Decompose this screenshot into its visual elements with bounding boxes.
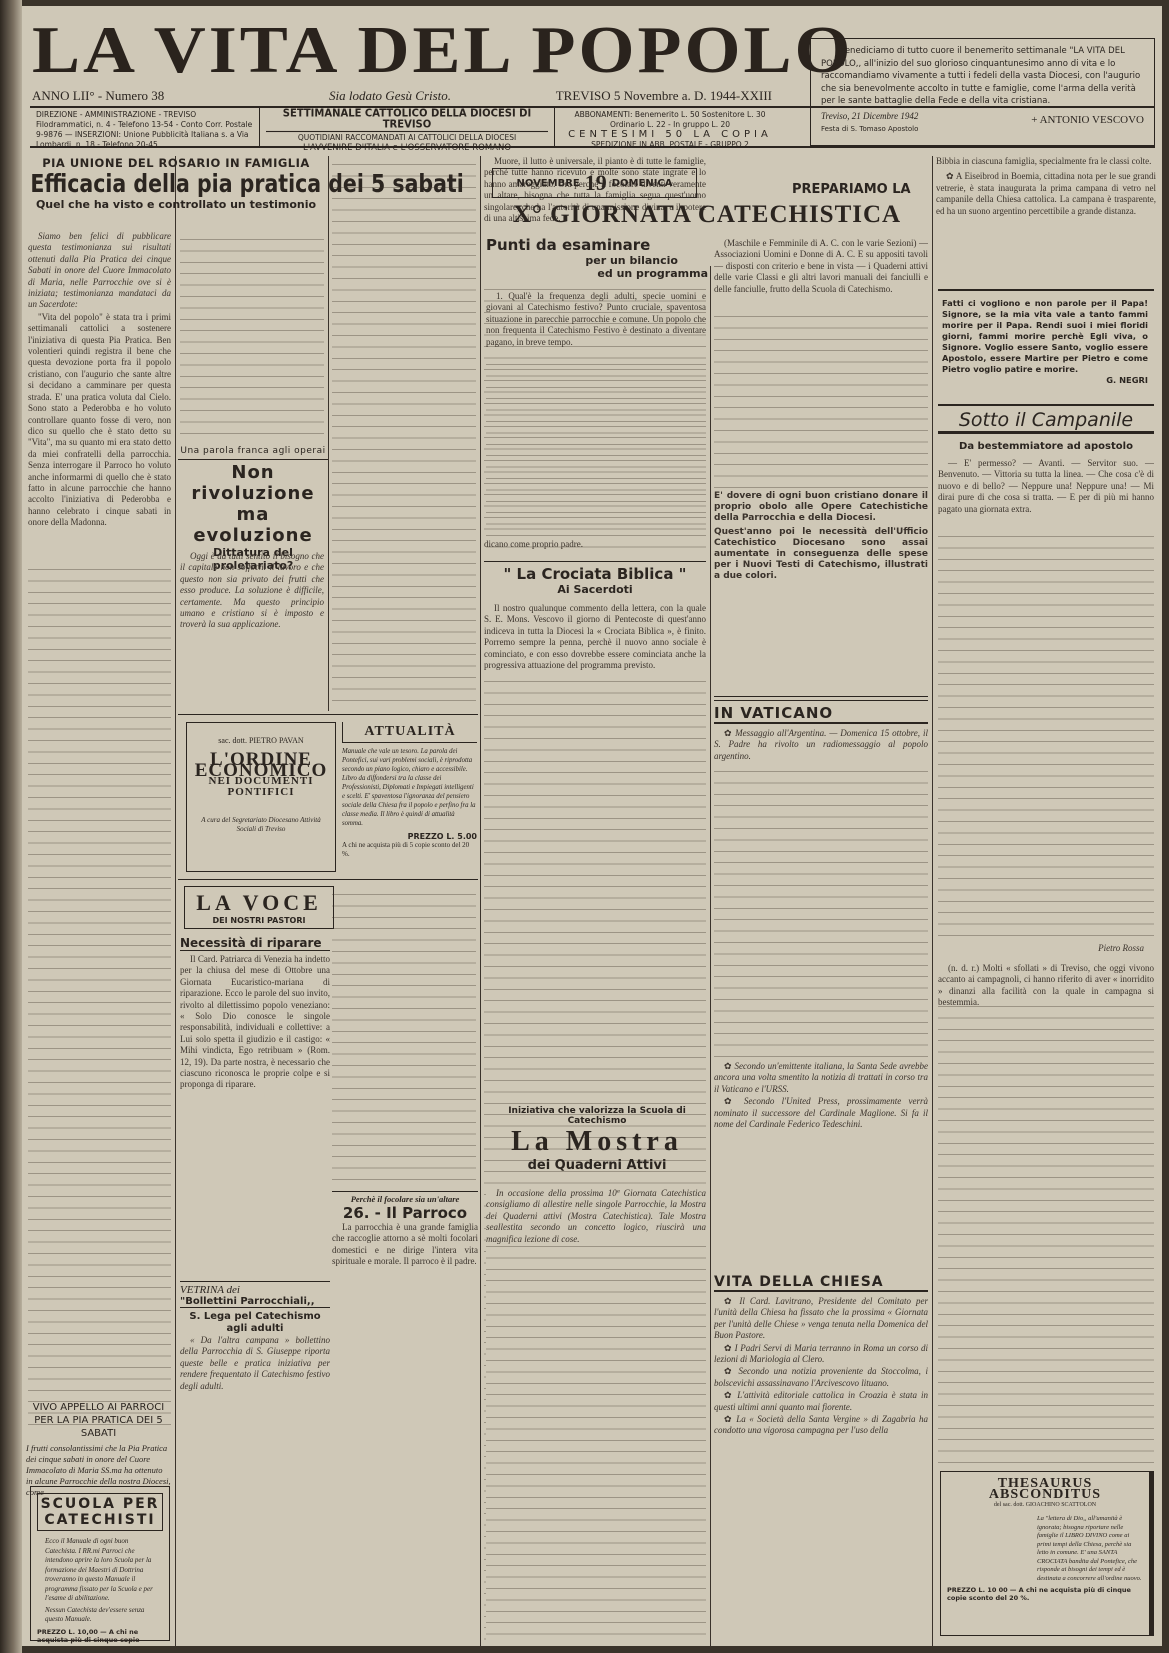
- ordine-credit: A cura del Segretariato Diocesano Attivi…: [193, 816, 329, 834]
- vita-chiesa-item: I Padri Servi di Maria terranno in Roma …: [714, 1343, 928, 1366]
- vetrina-box: VETRINA dei "Bollettini Parrocchiali,, S…: [180, 1281, 330, 1645]
- vetrina-headline: S. Lega pel Catechismo agli adulti: [180, 1311, 330, 1335]
- vita-chiesa-item: Il Card. Lavitrano, Presidente del Comit…: [714, 1296, 928, 1342]
- giornata-dovere: E' dovere di ogni buon cristiano donare …: [714, 491, 928, 631]
- operai-headline: Non rivoluzione ma evoluzione: [178, 462, 328, 546]
- negri-quote-text: Fatti ci vogliono e non parole per il Pa…: [942, 298, 1148, 374]
- attualita-blurb: Manuale che vale un tesoro. La parola de…: [342, 747, 477, 828]
- mostra-kicker: Iniziativa che valorizza la Scuola di Ca…: [486, 1106, 708, 1126]
- attualita-price: PREZZO L. 5.00: [342, 832, 477, 841]
- column-rule: [328, 156, 329, 711]
- voce-title: LA VOCE: [188, 890, 330, 916]
- mostra-subhead: dei Quaderni Attivi: [486, 1158, 708, 1173]
- voce-body-wrap: Il Card. Patriarca di Venezia ha indetto…: [180, 954, 330, 1264]
- voce-headline: Necessità di riparare: [180, 936, 330, 951]
- appello-headline: VIVO APPELLO AI PARROCI PER LA PIA PRATI…: [26, 1401, 171, 1440]
- issue-number: ANNO LII° - Numero 38: [32, 88, 164, 104]
- crociata-headline: " La Crociata Biblica ": [484, 561, 706, 583]
- subscription-rates: ABBONAMENTI: Benemerito L. 50 Sostenitor…: [561, 110, 779, 130]
- campanile-title: Sotto il Campanile: [938, 409, 1154, 434]
- subscription-info: ABBONAMENTI: Benemerito L. 50 Sostenitor…: [555, 108, 785, 146]
- attualita-box: ATTUALITÀ Manuale che vale un tesoro. La…: [342, 722, 477, 858]
- giornata-headline: X° GIORNATA CATECHISTICA: [486, 201, 928, 229]
- parroco-headline: 26. - Il Parroco: [332, 1204, 478, 1222]
- mostra-text: In occasione della prossima 10ª Giornata…: [486, 1188, 706, 1245]
- rosario-subhead: Quel che ha visto e controllato un testi…: [26, 198, 326, 211]
- ordine-economico-ad: sac. dott. PIETRO PAVAN L'ORDINE ECONOMI…: [186, 722, 336, 872]
- date-month: NOVEMBRE: [516, 178, 579, 189]
- voce-body: Il Card. Patriarca di Venezia ha indetto…: [180, 954, 330, 1091]
- parroco-body: La parrocchia è una grande famiglia che …: [332, 1222, 478, 1268]
- rosario-kicker: PIA UNIONE DEL ROSARIO IN FAMIGLIA: [26, 156, 326, 170]
- punti-sub-1: per un bilancio: [486, 254, 708, 267]
- thesaurus-author: del sac. dott. GIOACHINO SCATTOLON: [947, 1500, 1143, 1511]
- operai-column-2: [332, 156, 476, 711]
- mostra-header: Iniziativa che valorizza la Scuola di Ca…: [486, 1106, 708, 1173]
- thesaurus-ad: THESAURUS ABSCONDITUS del sac. dott. GIO…: [940, 1471, 1154, 1636]
- vaticano-item: Secondo l'United Press, prossimamente ve…: [714, 1096, 928, 1130]
- parroco-kicker: Perchè il focolare sia un'altare: [332, 1191, 478, 1204]
- vaticano-list: Messaggio all'Argentina. — Domenica 15 o…: [714, 728, 928, 1058]
- thesaurus-body: La "lettera di Dio,, all'umanità è ignor…: [1037, 1515, 1143, 1583]
- eiseibrod-article: Bibbia in ciascuna famiglia, specialment…: [936, 156, 1156, 256]
- crociata-header: " La Crociata Biblica " Ai Sacerdoti: [484, 561, 706, 596]
- campanile-body: — E' permesso? — Avanti. — Servitor suo.…: [938, 458, 1154, 1468]
- vita-chiesa-item: L'attività editoriale cattolica in Croaz…: [714, 1390, 928, 1413]
- operai-text: Oggi è da tutti sentito il bisogno che i…: [180, 551, 324, 631]
- info-row: DIREZIONE - AMMINISTRAZIONE - TREVISO Fi…: [30, 106, 1155, 148]
- thesaurus-title-2: ABSCONDITUS: [947, 1489, 1143, 1500]
- negri-author: G. NEGRI: [942, 375, 1148, 386]
- scuola-body: Ecco il Manuale di ogni buon Catechista.…: [37, 1537, 163, 1604]
- benediction-text: Benediciamo di tutto cuore il benemerito…: [821, 45, 1144, 108]
- crociata-text: Il nostro qualunque commento della lette…: [484, 603, 706, 671]
- eiseibrod-intro: Bibbia in ciascuna famiglia, specialment…: [936, 156, 1156, 167]
- vaticano-item: Secondo un'emittente italiana, la Santa …: [714, 1061, 928, 1095]
- negri-quote: Fatti ci vogliono e non parole per il Pa…: [942, 298, 1148, 386]
- date-box: NOVEMBRE 19 DOMENICA: [492, 168, 697, 198]
- vita-chiesa-item: Secondo una notizia proveniente da Stocc…: [714, 1366, 928, 1389]
- operai-body: Oggi è da tutti sentito il bisogno che i…: [180, 551, 324, 706]
- ordine-title-4: PONTIFICI: [193, 787, 329, 798]
- punti-title: Punti da esaminare: [486, 236, 708, 254]
- parroco-body-wrap: La parrocchia è una grande famiglia che …: [332, 1222, 478, 1642]
- necessita-text: Quest'anno poi le necessità dell'Ufficio…: [714, 527, 928, 582]
- column-rule: [480, 156, 481, 1646]
- direction-info: DIREZIONE - AMMINISTRAZIONE - TREVISO Fi…: [30, 108, 260, 146]
- rule: [178, 714, 478, 715]
- vaticano-more: Secondo un'emittente italiana, la Santa …: [714, 1061, 928, 1141]
- scuola-catechisti-ad: SCUOLA PER CATECHISTI Ecco il Manuale di…: [30, 1486, 170, 1641]
- voce-article: Necessità di riparare Il Card. Patriarca…: [180, 936, 330, 1264]
- vita-chiesa-item: La « Società della Santa Vergine » di Za…: [714, 1414, 928, 1437]
- newspaper-page: LA VITA DEL POPOLO ANNO LII° - Numero 38…: [22, 6, 1162, 1646]
- rosario-body: "Vita del popolo" è stata tra i primi se…: [28, 312, 171, 529]
- rosario-lead: Siamo ben felici di pubblicare questa te…: [28, 231, 171, 311]
- mostra-headline: La Mostra: [486, 1126, 708, 1158]
- column-rule: [175, 156, 176, 1646]
- postal-info: SPEDIZIONE IN ABB. POSTALE - GRUPPO 2: [561, 140, 779, 150]
- crociata-subhead: Ai Sacerdoti: [484, 583, 706, 596]
- column-rule: [932, 156, 933, 1646]
- vaticano-title: IN VATICANO: [714, 704, 928, 724]
- appello-box: VIVO APPELLO AI PARROCI PER LA PIA PRATI…: [26, 1401, 171, 1498]
- scuola-note: Nessun Catechista dev'essere senza quest…: [37, 1606, 163, 1625]
- date-day: 19: [585, 170, 607, 196]
- punti-text: 1. Qual'è la frequenza degli adulti, spe…: [486, 291, 706, 348]
- weekly-label: SETTIMANALE CATTOLICO DELLA DIOCESI DI T…: [266, 109, 548, 132]
- punti-header: Punti da esaminare per un bilancio ed un…: [486, 236, 708, 280]
- attualita-heading: ATTUALITÀ: [342, 722, 477, 743]
- vita-chiesa-list: Il Card. Lavitrano, Presidente del Comit…: [714, 1296, 928, 1644]
- date-weekday: DOMENICA: [612, 178, 673, 189]
- rosario-headline: Efficacia della pia pratica dei 5 sabati: [30, 170, 325, 198]
- voce-continuation: [332, 886, 476, 1186]
- binding-gutter: [0, 0, 22, 1653]
- recommended-label: QUOTIDIANI RACCOMANDATI AI CATTOLICI DEL…: [266, 133, 548, 143]
- giornata-right-text: (Maschile e Femminile di A. C. con le va…: [714, 238, 928, 295]
- attualita-discount: A chi ne acquista più di 5 copie sconto …: [342, 841, 477, 858]
- vita-chiesa-title: VITA DELLA CHIESA: [714, 1274, 928, 1292]
- rule: [178, 879, 478, 880]
- giornata-kicker: PREPARIAMO LA: [792, 182, 911, 197]
- mostra-body: In occasione della prossima 10ª Giornata…: [486, 1188, 706, 1643]
- rule: [714, 700, 928, 701]
- dateline: TREVISO 5 Novembre a. D. 1944-XXIII: [556, 88, 772, 104]
- vetrina-title: VETRINA dei: [180, 1281, 330, 1296]
- weekly-info: SETTIMANALE CATTOLICO DELLA DIOCESI DI T…: [260, 108, 555, 146]
- campanile-subhead: Da bestemmiatore ad apostolo: [938, 441, 1154, 452]
- vetrina-body-wrap: « Da l'altra campana » bollettino della …: [180, 1335, 330, 1645]
- vetrina-subtitle: "Bollettini Parrocchiali,,: [180, 1296, 330, 1308]
- dovere-text: E' dovere di ogni buon cristiano donare …: [714, 491, 928, 524]
- copy-price: CENTESIMI 50 LA COPIA: [561, 130, 779, 140]
- masthead: LA VITA DEL POPOLO: [30, 8, 790, 98]
- rule: [714, 696, 928, 697]
- rosario-column-1: Siamo ben felici di pubblicare questa te…: [28, 231, 171, 1431]
- rule: [938, 289, 1154, 291]
- vaticano-item: Messaggio all'Argentina. — Domenica 15 o…: [714, 728, 928, 762]
- voce-box: LA VOCE DEI NOSTRI PASTORI: [184, 886, 334, 929]
- rosario-header: PIA UNIONE DEL ROSARIO IN FAMIGLIA Effic…: [26, 156, 326, 211]
- operai-kicker: Una parola franca agli operai: [178, 446, 328, 460]
- vetrina-body: « Da l'altra campana » bollettino della …: [180, 1335, 330, 1392]
- recommended-papers: L'AVVENIRE D'ITALIA e L'OSSERVATORE ROMA…: [266, 143, 548, 153]
- motto: Sia lodato Gesù Cristo.: [329, 88, 451, 104]
- scuola-price: PREZZO L. 10,00 — A chi ne acquista più …: [37, 1628, 163, 1647]
- rule: [938, 404, 1154, 406]
- column-rule: [710, 266, 711, 1646]
- voce-subtitle: DEI NOSTRI PASTORI: [188, 916, 330, 925]
- newspaper-title: LA VITA DEL POPOLO: [32, 12, 854, 88]
- rosario-column-2: [180, 231, 324, 436]
- thesaurus-price: PREZZO L. 10 00 — A chi ne acquista più …: [947, 1586, 1143, 1602]
- punti-body: 1. Qual'è la frequenza degli adulti, spe…: [486, 291, 706, 551]
- campanile-signature: Pietro Rossa: [1098, 943, 1144, 954]
- punti-sub-2: ed un programma: [486, 267, 708, 280]
- campanile-text: — E' permesso? — Avanti. — Servitor suo.…: [938, 458, 1154, 515]
- eiseibrod-body: A Eiseibrod in Boemia, cittadina nota pe…: [936, 171, 1156, 217]
- scuola-title: SCUOLA PER CATECHISTI: [37, 1493, 163, 1531]
- giornata-right-body: (Maschile e Femminile di A. C. con le va…: [714, 238, 928, 488]
- ordine-author: sac. dott. PIETRO PAVAN: [193, 735, 329, 746]
- parroco-header: Perchè il focolare sia un'altare 26. - I…: [332, 1191, 478, 1642]
